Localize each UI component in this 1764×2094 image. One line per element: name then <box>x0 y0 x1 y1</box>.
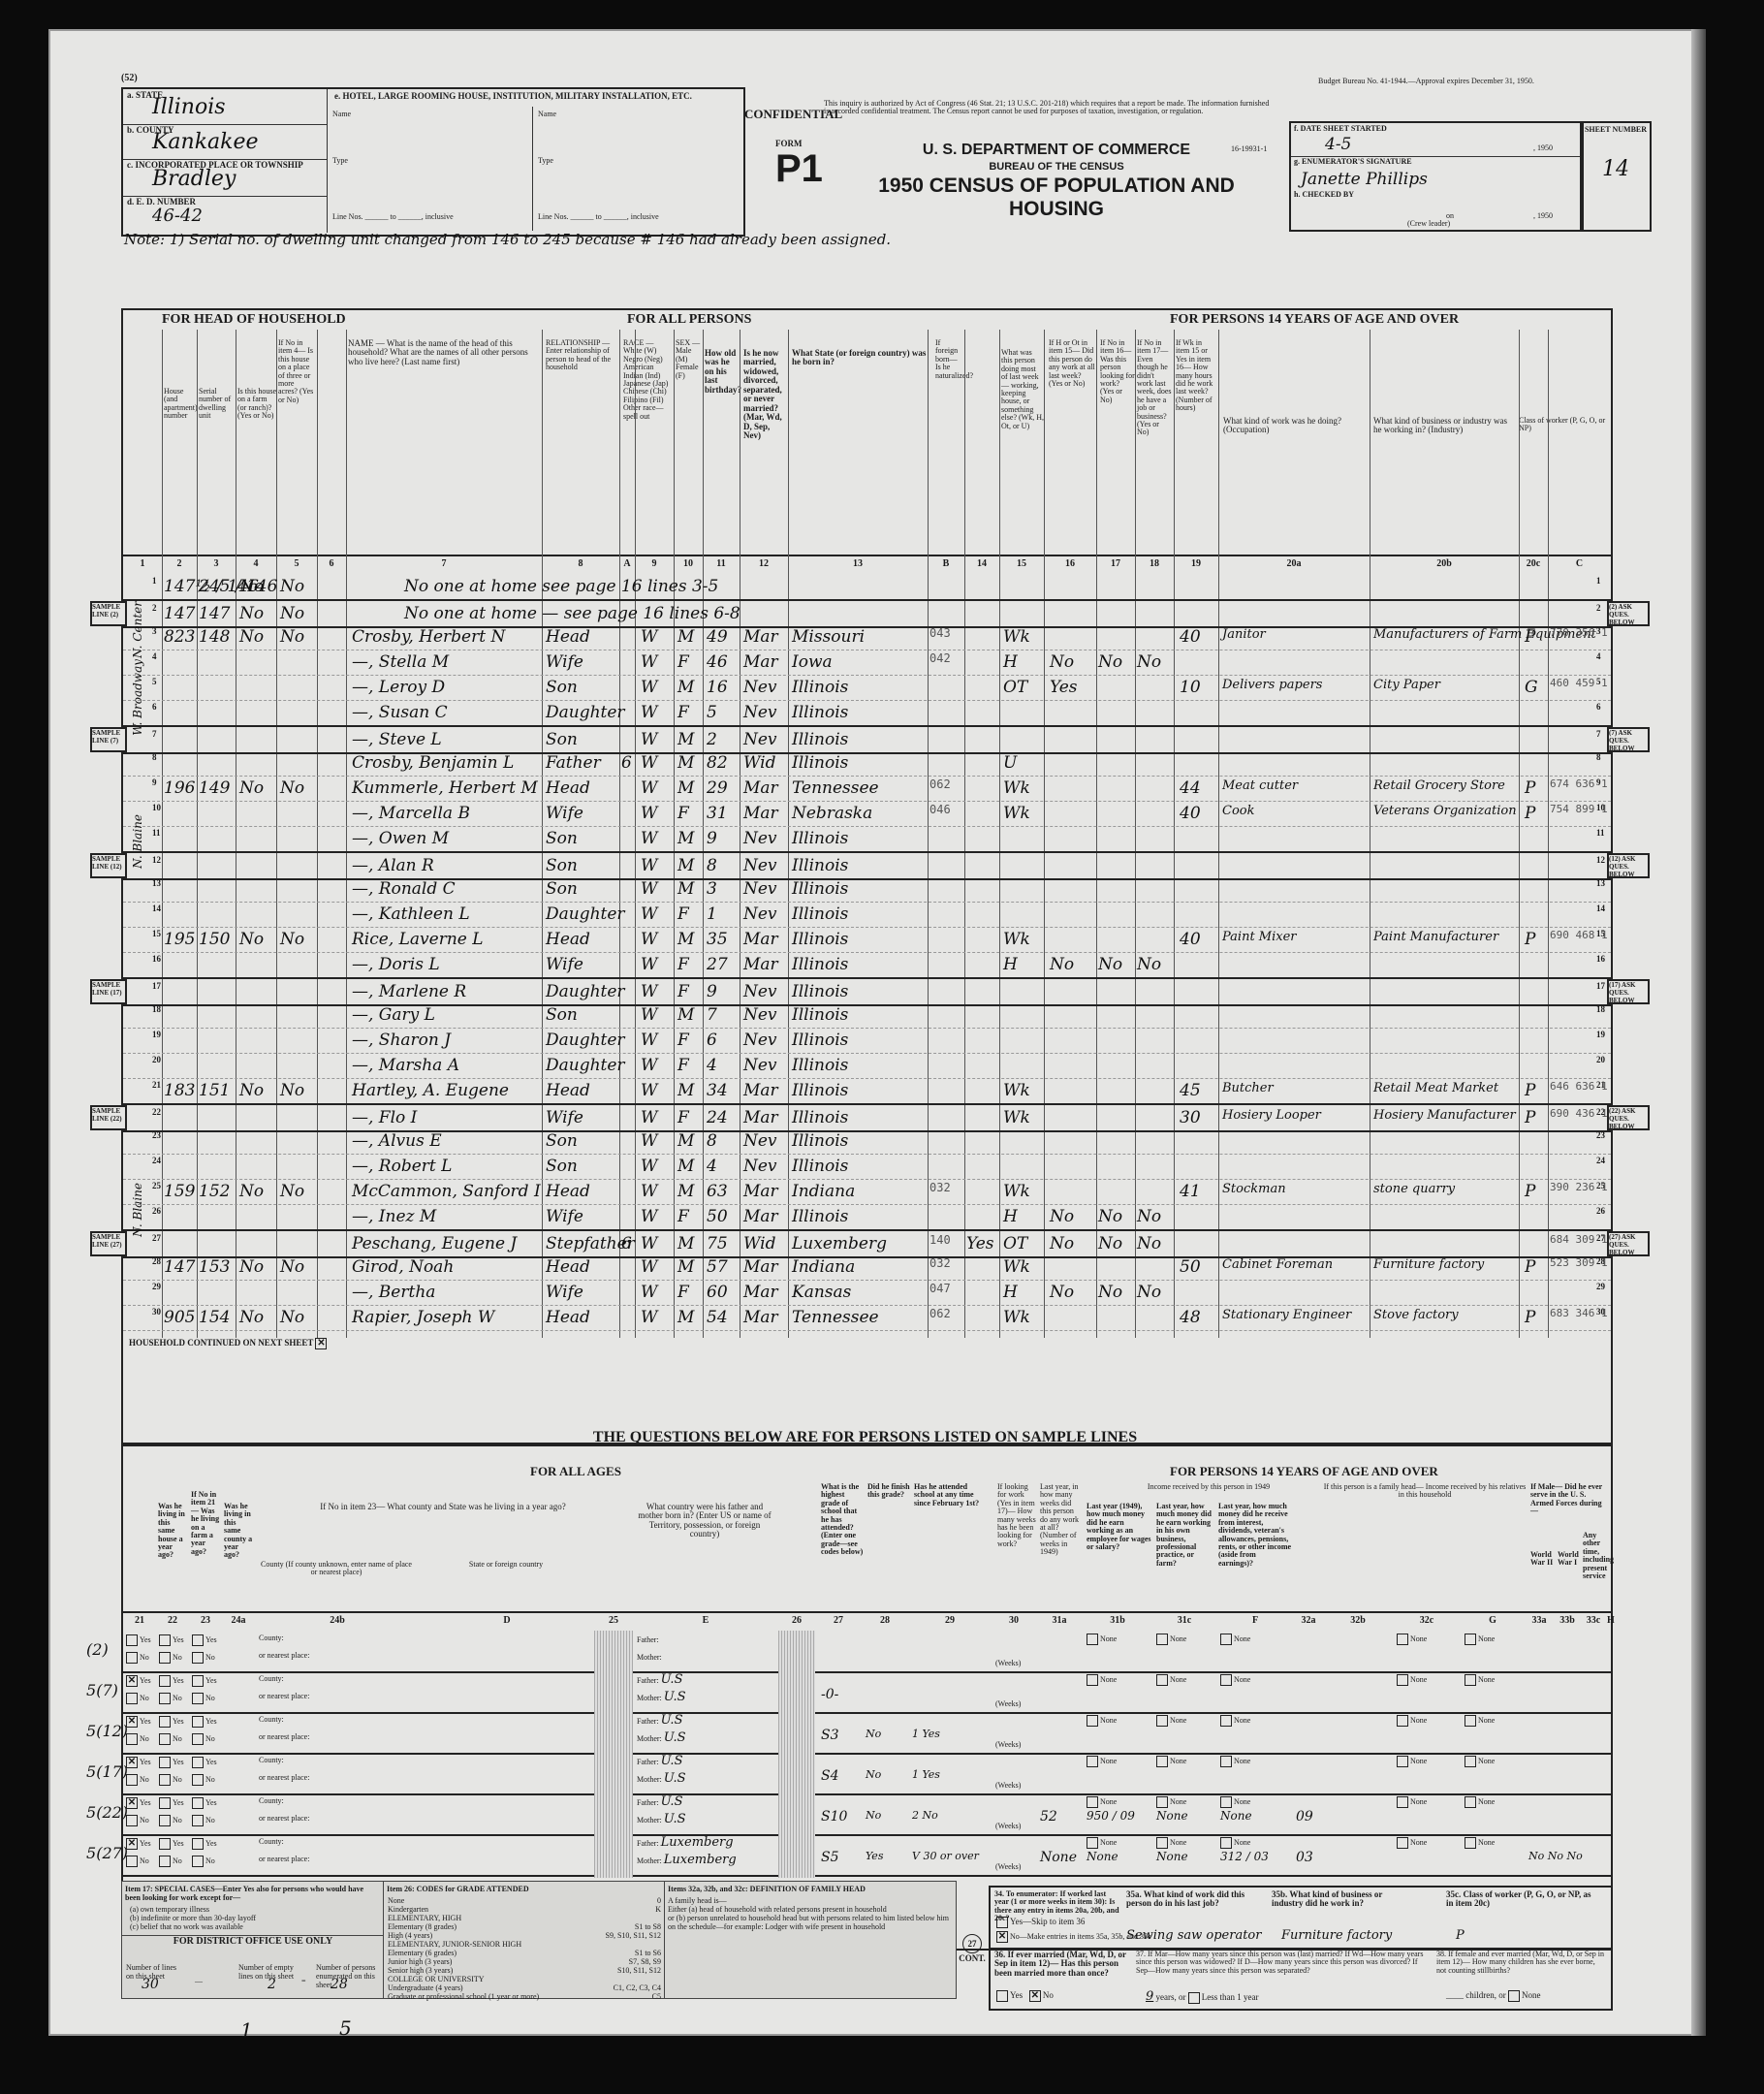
sample-column-number: 24a <box>223 1615 254 1626</box>
person-name: Rapier, Joseph W <box>352 1308 494 1327</box>
grade-code: C1, C2, C3, C4 <box>614 1983 661 1992</box>
sample-column-number: 31b <box>1084 1615 1151 1626</box>
age: 9 <box>707 829 717 848</box>
marital-status: Mar <box>743 1182 778 1201</box>
none-checkbox[interactable]: None <box>1397 1756 1427 1767</box>
no-label: No <box>173 1734 182 1743</box>
race: W <box>641 652 657 672</box>
none-checkbox[interactable]: None <box>1220 1756 1250 1767</box>
line-number: 18 <box>152 1004 161 1014</box>
grade-code-row: Senior high (3 years)S10, S11, S12 <box>384 1966 665 1975</box>
none-label: None <box>1234 1797 1250 1806</box>
ed-number-value: 46-42 <box>152 206 203 226</box>
table-row: 1010—, Marcella BWifeWF31MarNebraskaWk40… <box>123 801 1611 827</box>
col-farm: Is this house on a farm (or ranch)? (Yes… <box>237 388 276 421</box>
line-number: 30 <box>152 1307 161 1317</box>
birthplace: Illinois <box>792 982 848 1001</box>
q35c-value: P <box>1456 1928 1465 1943</box>
no-checkbox[interactable] <box>126 1815 138 1826</box>
farm-answer: No <box>239 1308 264 1327</box>
ask-questions-marker: (7) ASK QUES. BELOW <box>1607 727 1650 752</box>
relationship: Wife <box>546 1283 583 1302</box>
marital-status: Nev <box>743 1157 777 1176</box>
mark-digit: 5 <box>86 1762 96 1781</box>
line-number-right: 17 <box>1596 981 1605 991</box>
birthplace: Illinois <box>792 1207 848 1226</box>
line-number: 11 <box>152 828 161 838</box>
none-checkbox[interactable]: None <box>1156 1674 1186 1686</box>
yes-checkbox[interactable] <box>192 1757 204 1768</box>
hotel-name-label-1: Name <box>332 111 351 118</box>
leave-blank-a: 6 <box>621 753 632 773</box>
q37-less-checkbox[interactable] <box>1188 1992 1200 2004</box>
none-checkbox[interactable]: None <box>1397 1715 1427 1727</box>
race: W <box>641 1157 657 1176</box>
no-checkbox[interactable] <box>192 1856 204 1867</box>
acres-answer: No <box>280 1257 304 1277</box>
col-relationship: RELATIONSHIP — Enter relationship of per… <box>546 339 619 372</box>
col-activity: What was this person doing most of last … <box>1001 349 1044 430</box>
sample-circle-number: 17 <box>102 1762 121 1781</box>
none-checkbox[interactable]: None <box>1220 1715 1250 1727</box>
marital-status: Mar <box>743 1257 778 1277</box>
q24b-header: State or foreign country <box>424 1561 588 1569</box>
sample-line-label: SAMPLE LINE <box>92 1107 120 1123</box>
no-checkbox[interactable] <box>192 1652 204 1664</box>
mark-digit: 5 <box>86 1803 96 1822</box>
highest-grade: S5 <box>821 1850 839 1865</box>
q34-yes-checkbox[interactable] <box>996 1917 1008 1928</box>
no-label: No <box>205 1694 215 1702</box>
form-title: 1950 CENSUS OF POPULATION AND HOUSING <box>834 174 1279 221</box>
no-checkbox[interactable] <box>126 1774 138 1786</box>
acres-answer: No <box>280 627 304 647</box>
no-checkbox[interactable] <box>192 1733 204 1745</box>
none-checkbox[interactable]: None <box>1156 1837 1186 1849</box>
relationship: Son <box>546 1005 578 1025</box>
no-checkbox[interactable] <box>126 1856 138 1867</box>
acres-answer: No <box>280 577 304 596</box>
yes-checkbox[interactable] <box>159 1675 171 1687</box>
household-continued[interactable]: HOUSEHOLD CONTINUED ON NEXT SHEET ✕ <box>129 1338 329 1349</box>
q29-header: If looking for work (Yes in item 17)— Ho… <box>997 1483 1036 1548</box>
occupation-codes: 390 236 1 <box>1550 1181 1608 1193</box>
nearest-place-label: or nearest place: <box>259 1815 309 1823</box>
none-checkbox[interactable]: None <box>1156 1796 1186 1808</box>
none-checkbox[interactable]: None <box>1087 1674 1117 1686</box>
county-field[interactable]: County:or nearest place: <box>259 1797 309 1824</box>
occupation: Butcher <box>1222 1081 1274 1095</box>
grade-code-row: ELEMENTARY, JUNIOR-SENIOR HIGH <box>384 1940 665 1949</box>
none-label: None <box>1234 1634 1250 1643</box>
sample-row-mark: 5(22) <box>86 1803 128 1822</box>
no-checkbox[interactable] <box>159 1774 171 1786</box>
county-field[interactable]: County:or nearest place: <box>259 1757 309 1783</box>
birthplace: Nebraska <box>792 804 872 823</box>
race: W <box>641 678 657 697</box>
occupation-codes: 683 346 1 <box>1550 1307 1608 1319</box>
yes-checkbox[interactable] <box>159 1716 171 1728</box>
none-checkbox[interactable]: None <box>1087 1634 1117 1645</box>
yes-label: Yes <box>173 1717 184 1726</box>
birthplace: Tennessee <box>792 778 879 798</box>
marital-status: Nev <box>743 1056 777 1075</box>
date-enumerator-block: f. DATE SHEET STARTED 4-5 , 1950 g. ENUM… <box>1289 121 1584 232</box>
person-name: —, Kathleen L <box>352 904 470 924</box>
sample-line-label: SAMPLE LINE <box>92 603 120 619</box>
person-name: Hartley, A. Eugene <box>352 1081 509 1100</box>
serial-number: 149 <box>199 778 230 798</box>
all-ages-title: FOR ALL AGES <box>530 1464 621 1479</box>
sample-row-mark: 5(17) <box>86 1762 128 1781</box>
industry: City Paper <box>1373 678 1440 692</box>
column-number: 20b <box>1371 558 1517 569</box>
no-label: No <box>173 1775 182 1784</box>
none-checkbox[interactable]: None <box>1397 1837 1427 1849</box>
yes-checkbox[interactable]: ✕ <box>126 1675 138 1687</box>
yes-no-checkboxes: YesNo <box>192 1675 217 1704</box>
no-checkbox[interactable] <box>159 1856 171 1867</box>
none-checkbox[interactable]: None <box>1220 1634 1250 1645</box>
birthplace-code: 047 <box>929 1282 951 1295</box>
no-checkbox[interactable] <box>159 1693 171 1704</box>
district-office-title: FOR DISTRICT OFFICE USE ONLY <box>122 1935 384 1947</box>
none-checkbox[interactable]: None <box>1220 1796 1250 1808</box>
person-name: McCammon, Sanford I <box>352 1182 541 1201</box>
special-case-c: (c) belief that no work was available <box>122 1922 384 1931</box>
sample-line-marker: SAMPLE LINE (22) <box>90 1105 127 1130</box>
sample-line-marker: SAMPLE LINE (17) <box>90 979 127 1004</box>
crew-leader-label: (Crew leader) <box>1407 220 1450 228</box>
q24a-header: County (If county unknown, enter name of… <box>259 1561 414 1577</box>
no-checkbox[interactable] <box>159 1733 171 1745</box>
race: W <box>641 955 657 974</box>
yes-checkbox[interactable]: ✕ <box>126 1757 138 1768</box>
race: W <box>641 778 657 798</box>
none-label: None <box>1478 1675 1495 1684</box>
line-number: 27 <box>152 1233 161 1243</box>
table-row: 1515195150NoNoRice, Laverne LHeadWM35Mar… <box>123 927 1611 953</box>
table-row: 1818—, Gary LSonWM7NevIllinois <box>123 1002 1611 1029</box>
yes-checkbox[interactable] <box>159 1757 171 1768</box>
has-job: No <box>1137 652 1161 672</box>
birthplace: Illinois <box>792 1081 848 1100</box>
relationship: Head <box>546 778 590 798</box>
birthplace: Illinois <box>792 856 848 875</box>
q35b-label: 35b. What kind of business or industry d… <box>1272 1890 1407 1909</box>
none-checkbox[interactable]: None <box>1397 1634 1427 1645</box>
column-number: 10 <box>676 558 701 569</box>
marital-status: Nev <box>743 904 777 924</box>
none-checkbox[interactable]: None <box>1397 1674 1427 1686</box>
sample-row: 5(7)✕YesNoYesNoYesNoCounty:or nearest pl… <box>123 1671 1611 1714</box>
hours-worked: 40 <box>1180 804 1201 823</box>
table-row: 1111—, Owen MSonWM9NevIllinois <box>123 826 1611 852</box>
county-field[interactable]: County:or nearest place: <box>259 1838 309 1864</box>
wage-income: None <box>1087 1850 1118 1863</box>
race: W <box>641 856 657 875</box>
sex: F <box>677 1283 689 1302</box>
parents-birthplace: Father: U.SMother: U.S <box>637 1795 772 1825</box>
activity: Wk <box>1003 1081 1030 1100</box>
attended-school: 1 Yes <box>912 1768 940 1781</box>
none-label: None <box>1410 1838 1427 1847</box>
yes-checkbox[interactable] <box>159 1797 171 1809</box>
occupation-codes: 690 436 1 <box>1550 1107 1608 1120</box>
line-number: 28 <box>152 1256 161 1266</box>
no-checkbox[interactable] <box>126 1693 138 1704</box>
none-label: None <box>1478 1757 1495 1765</box>
grade-code-row: Graduate or professional school (1 year … <box>384 1992 665 2001</box>
no-label: No <box>205 1775 215 1784</box>
family-head-intro: A family head is— <box>665 1896 956 1905</box>
none-checkbox[interactable]: None <box>1156 1715 1186 1727</box>
father-label: Father: <box>637 1717 659 1726</box>
race: W <box>641 1234 657 1253</box>
none-label: None <box>1410 1634 1427 1643</box>
mark-digit: 5 <box>86 1681 96 1699</box>
yes-label: Yes <box>205 1839 217 1848</box>
no-checkbox[interactable] <box>126 1733 138 1745</box>
q34-no-checkbox[interactable]: ✕ <box>996 1931 1008 1943</box>
class-of-worker: P <box>1525 627 1535 647</box>
minus-sign: — <box>195 1977 203 1985</box>
yes-label: Yes <box>140 1798 151 1807</box>
sample-column-number: 27 <box>816 1615 861 1626</box>
occupation: Cook <box>1222 804 1254 818</box>
race: W <box>641 1056 657 1075</box>
yes-checkbox[interactable]: ✕ <box>126 1797 138 1809</box>
yes-checkbox[interactable] <box>192 1838 204 1850</box>
highest-grade: S10 <box>821 1809 847 1824</box>
relationship: Son <box>546 879 578 899</box>
q26-header: What is the highest grade of school that… <box>821 1483 864 1557</box>
none-checkbox[interactable]: None <box>1465 1756 1495 1767</box>
marital-status: Nev <box>743 1031 777 1050</box>
income-title: Income received by this person in 1949 <box>1092 1483 1325 1491</box>
yes-label: Yes <box>140 1758 151 1766</box>
none-checkbox[interactable]: None <box>1465 1837 1495 1849</box>
none-checkbox[interactable]: None <box>1220 1674 1250 1686</box>
yes-checkbox[interactable] <box>192 1797 204 1809</box>
age: 4 <box>707 1056 717 1075</box>
grade-label: ELEMENTARY, HIGH <box>388 1914 461 1922</box>
industry: Paint Manufacturer <box>1373 930 1498 944</box>
age: 24 <box>707 1108 728 1127</box>
none-checkbox[interactable]: None <box>1087 1796 1117 1808</box>
house-number: 195 <box>164 930 195 949</box>
table-row: 2424—, Robert LSonWM4NevIllinois <box>123 1154 1611 1180</box>
birthplace: Illinois <box>792 829 848 848</box>
highest-grade: S4 <box>821 1768 839 1784</box>
county-label: County: <box>259 1675 309 1683</box>
county-field[interactable]: County:or nearest place: <box>259 1675 309 1701</box>
sex: M <box>677 1131 694 1151</box>
yes-no-checkboxes: YesNo <box>192 1797 217 1826</box>
none-checkbox[interactable]: None <box>1087 1837 1117 1849</box>
yes-checkbox[interactable] <box>192 1675 204 1687</box>
no-label: No <box>173 1816 182 1824</box>
father-country: U.S <box>661 1794 683 1809</box>
none-checkbox[interactable]: None <box>1156 1756 1186 1767</box>
person-name: —, Robert L <box>352 1157 452 1176</box>
household-continued-checkbox[interactable]: ✕ <box>315 1338 327 1349</box>
line-number-right: 12 <box>1596 855 1605 865</box>
birthplace-code: 042 <box>929 651 951 665</box>
yes-checkbox[interactable] <box>126 1634 138 1646</box>
column-number: 8 <box>544 558 617 569</box>
yes-checkbox[interactable]: ✕ <box>126 1838 138 1850</box>
sample-27-continuation: 34. To enumerator: If worked last year (… <box>989 1886 1613 2011</box>
q36-no-checkbox[interactable]: ✕ <box>1029 1990 1041 2002</box>
sample-column-number: 28 <box>863 1615 907 1626</box>
family-head-either: Either (a) head of household with relate… <box>665 1905 956 1914</box>
sample-row: 5(22)✕YesNoYesNoYesNoCounty:or nearest p… <box>123 1793 1611 1836</box>
no-checkbox[interactable] <box>192 1815 204 1826</box>
no-checkbox[interactable] <box>192 1774 204 1786</box>
hours-worked: 40 <box>1180 627 1201 647</box>
line-number: 16 <box>152 954 161 964</box>
sample-circle-number: 12 <box>102 1722 121 1740</box>
special-cases-box: Item 17: SPECIAL CASES—Enter Yes also fo… <box>121 1881 385 1999</box>
line-number: 20 <box>152 1055 161 1064</box>
person-name: —, Alan R <box>352 856 434 875</box>
no-checkbox[interactable] <box>159 1815 171 1826</box>
race: W <box>641 1308 657 1327</box>
looking-for-work: No <box>1098 1234 1122 1253</box>
race: W <box>641 1207 657 1226</box>
no-checkbox[interactable] <box>126 1652 138 1664</box>
activity: Wk <box>1003 804 1030 823</box>
column-number: 11 <box>705 558 738 569</box>
no-checkbox[interactable] <box>159 1652 171 1664</box>
grade-label: Elementary (6 grades) <box>388 1949 457 1957</box>
weeks-label: (Weeks) <box>995 1863 1021 1871</box>
age: 5 <box>707 703 717 722</box>
occupation-codes: 754 899 1 <box>1550 803 1608 815</box>
father-label: Father: <box>637 1839 659 1848</box>
occupation: Meat cutter <box>1222 778 1298 793</box>
yes-label: Yes <box>173 1758 184 1766</box>
none-checkbox[interactable]: None <box>1465 1796 1495 1808</box>
birthplace-code: 046 <box>929 803 951 816</box>
mother-country: U.S <box>664 1690 686 1704</box>
col-has-job: If No in item 17— Even though he didn't … <box>1137 339 1172 437</box>
line-number: 17 <box>152 981 161 991</box>
empty-lines-value: 2 <box>268 1977 276 1992</box>
sex: F <box>677 1108 689 1127</box>
sample-line-label: SAMPLE LINE <box>92 1233 120 1249</box>
none-label: None <box>1410 1757 1427 1765</box>
person-name: —, Susan C <box>352 703 448 722</box>
q38-none-checkbox[interactable] <box>1508 1990 1520 2002</box>
table-row: 55—, Leroy DSonWM16NevIllinoisOTYes10Del… <box>123 675 1611 701</box>
sample-line-label: SAMPLE LINE <box>92 729 120 745</box>
sample-column-number: 31c <box>1153 1615 1215 1626</box>
yes-checkbox[interactable] <box>159 1838 171 1850</box>
none-checkbox[interactable]: None <box>1156 1634 1186 1645</box>
age: 31 <box>707 804 728 823</box>
q36-yes-checkbox[interactable] <box>996 1990 1008 2002</box>
activity: H <box>1003 652 1018 672</box>
yes-checkbox[interactable] <box>192 1716 204 1728</box>
yes-no-checkboxes: YesNo <box>192 1838 217 1867</box>
line-number: 1 <box>152 576 157 586</box>
sample-column-number: 22 <box>157 1615 188 1626</box>
marital-status: Mar <box>743 652 778 672</box>
none-checkbox[interactable]: None <box>1465 1674 1495 1686</box>
no-label: No <box>140 1775 149 1784</box>
column-number: 6 <box>319 558 344 569</box>
form-id: P1 <box>775 147 823 191</box>
sex: M <box>677 829 694 848</box>
none-checkbox[interactable]: None <box>1087 1715 1117 1727</box>
yes-checkbox[interactable]: ✕ <box>126 1716 138 1728</box>
farm-answer: No <box>239 1081 264 1100</box>
over-14-title: FOR PERSONS 14 YEARS OF AGE AND OVER <box>1170 312 1459 328</box>
activity: H <box>1003 1283 1018 1302</box>
sample-line-marker: SAMPLE LINE (7) <box>90 727 127 752</box>
has-job: No <box>1137 1283 1161 1302</box>
sample-row: 5(27)✕YesNoYesNoYesNoCounty:or nearest p… <box>123 1834 1611 1877</box>
equals-sign: = <box>301 1977 306 1985</box>
race: W <box>641 730 657 749</box>
relationship: Son <box>546 678 578 697</box>
age: 34 <box>707 1081 728 1100</box>
birthplace-code: 062 <box>929 777 951 791</box>
none-label: None <box>1478 1716 1495 1725</box>
sample-column-number: 33c <box>1582 1615 1605 1626</box>
q35a-label: 35a. What kind of work did this person d… <box>1126 1890 1252 1909</box>
yes-label: Yes <box>205 1717 217 1726</box>
special-case-b: (b) indefinite or more than 30-day layof… <box>122 1914 384 1922</box>
none-checkbox[interactable]: None <box>1087 1756 1117 1767</box>
none-checkbox[interactable]: None <box>1465 1634 1495 1645</box>
activity: OT <box>1003 1234 1027 1253</box>
activity: Wk <box>1003 1182 1030 1201</box>
sample-column-number: 21 <box>124 1615 155 1626</box>
class-of-worker: P <box>1525 778 1535 798</box>
column-number: 7 <box>348 558 540 569</box>
col-race: RACE — White (W) Negro (Neg) American In… <box>623 339 670 421</box>
ask-questions-label: ASK QUES. BELOW <box>1609 1107 1635 1130</box>
any-work: No <box>1050 1234 1074 1253</box>
sex: F <box>677 982 689 1001</box>
no-checkbox[interactable] <box>192 1693 204 1704</box>
class-of-worker: P <box>1525 1108 1535 1127</box>
none-label: None <box>1410 1716 1427 1725</box>
ask-questions-marker: (2) ASK QUES. BELOW <box>1607 601 1650 626</box>
marital-status: Mar <box>743 804 778 823</box>
birthplace: Illinois <box>792 930 848 949</box>
relationship: Son <box>546 1131 578 1151</box>
sex: F <box>677 652 689 672</box>
grade-code-row: High (4 years)S9, S10, S11, S12 <box>384 1931 665 1940</box>
county-field[interactable]: County:or nearest place: <box>259 1716 309 1742</box>
col-class: Class of worker (P, G, O, or NP) <box>1519 417 1606 433</box>
q31b-header: Last year, how much money did he earn wo… <box>1156 1503 1214 1568</box>
yes-checkbox[interactable] <box>192 1634 204 1646</box>
county-field[interactable]: County:or nearest place: <box>259 1634 309 1661</box>
col-occupation: What kind of work was he doing? (Occupat… <box>1223 417 1364 435</box>
age: 54 <box>707 1308 728 1327</box>
none-checkbox[interactable]: None <box>1465 1715 1495 1727</box>
mother-country: Luxemberg <box>664 1853 737 1867</box>
yes-checkbox[interactable] <box>159 1634 171 1646</box>
any-work: Yes <box>1050 678 1078 697</box>
none-checkbox[interactable]: None <box>1220 1837 1250 1849</box>
none-checkbox[interactable]: None <box>1397 1796 1427 1808</box>
